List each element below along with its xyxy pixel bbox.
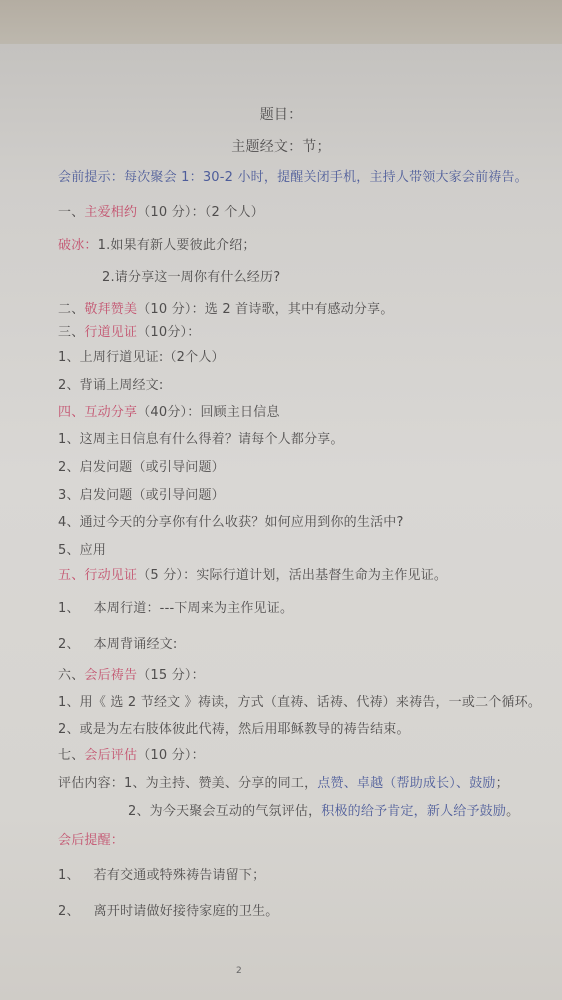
section-name: 互动分享	[84, 405, 137, 420]
section-detail: （15 分）：	[137, 668, 205, 683]
section-detail: （10 分）：选 2 首诗歌，其中有感动分享。	[137, 302, 393, 317]
section-1-heading: 一、主爱相约（10 分）：（2 个人）	[58, 201, 264, 220]
icebreak-item: 2.请分享这一周你有什么经历?	[102, 266, 280, 285]
section-number: 一、	[58, 205, 84, 220]
section-7-heading: 七、会后评估（10 分）：	[58, 744, 205, 763]
list-item: 2、启发问题（或引导问题）	[58, 456, 225, 475]
section-name: 主爱相约	[84, 205, 137, 220]
list-item: 5、应用	[58, 539, 106, 558]
eval-label: 评估内容：	[58, 776, 124, 791]
item-text: 本周背诵经文:	[94, 637, 178, 652]
icebreak-line: 破冰：1.如果有新人要彼此介绍；	[58, 234, 256, 253]
list-item: 1、上周行道见证:（2个人）	[58, 346, 225, 365]
item-text: 本周行道：---下周来为主作见证。	[94, 601, 293, 616]
eval-highlight: 积极的给予肯定，新人给予鼓励	[321, 804, 506, 819]
section-number: 二、	[58, 302, 84, 317]
section-name: 行动见证	[84, 568, 137, 583]
list-item: 4、通过今天的分享你有什么收获？如何应用到你的生活中?	[58, 511, 404, 530]
item-number: 1、	[58, 601, 80, 616]
list-item: 2、背诵上周经文:	[58, 374, 163, 393]
list-item: 1、本周行道：---下周来为主作见证。	[58, 597, 293, 616]
document-title: 题目：	[0, 104, 562, 124]
list-item: 1、用《 选 2 节经文 》祷读，方式（直祷、话祷、代祷）来祷告，一或二个循环。	[58, 691, 541, 710]
background-surface	[0, 0, 562, 46]
item-number: 2、	[58, 904, 80, 919]
item-text: 若有交通或特殊祷告请留下；	[94, 868, 266, 883]
section-name: 行道见证	[84, 325, 137, 340]
list-item: 2、或是为左右肢体彼此代祷，然后用耶稣教导的祷告结束。	[58, 718, 410, 737]
section-number: 五、	[58, 568, 84, 583]
page-number: 2	[236, 966, 242, 976]
section-detail: （10分）：	[137, 325, 200, 340]
section-6-heading: 六、会后祷告（15 分）：	[58, 664, 205, 683]
eval-punct: ；	[496, 776, 509, 791]
section-detail: （5 分）：实际行道计划，活出基督生命为主作见证。	[137, 568, 447, 583]
icebreak-label: 破冰：	[58, 238, 98, 253]
theme-scripture: 主题经文：节；	[0, 136, 562, 156]
section-detail: （40分）：回顾主日信息	[137, 405, 279, 420]
eval-highlight: 点赞、卓越（帮助成长）、鼓励	[317, 776, 495, 791]
pre-meeting-tip: 会前提示：每次聚会 1：30-2 小时，提醒关闭手机，主持人带领大家会前祷告。	[58, 166, 528, 185]
section-5-heading: 五、行动见证（5 分）：实际行道计划，活出基督生命为主作见证。	[58, 564, 447, 583]
pre-tip-duration: 每次聚会 1：30-2 小时，	[124, 170, 277, 185]
evaluation-line-2: 2、为今天聚会互动的气氛评估，积极的给予肯定，新人给予鼓励。	[128, 800, 519, 819]
list-item: 2、离开时请做好接待家庭的卫生。	[58, 900, 278, 919]
section-number: 三、	[58, 325, 84, 340]
list-item: 2、本周背诵经文:	[58, 633, 177, 652]
pre-tip-phones: 提醒关闭手机，	[277, 170, 369, 185]
section-detail: （10 分）：	[137, 748, 205, 763]
evaluation-line-1: 评估内容：1、为主持、赞美、分享的同工，点赞、卓越（帮助成长）、鼓励；	[58, 772, 509, 791]
section-detail: （10 分）：（2 个人）	[137, 205, 264, 220]
section-3-heading: 三、行道见证（10分）：	[58, 321, 200, 340]
reminders-heading: 会后提醒：	[58, 829, 124, 848]
pre-tip-label: 会前提示：	[58, 170, 124, 185]
section-name: 会后祷告	[84, 668, 137, 683]
eval-text: 1、为主持、赞美、分享的同工，	[124, 776, 317, 791]
eval-text: 2、为今天聚会互动的气氛评估，	[128, 804, 321, 819]
item-number: 2、	[58, 637, 80, 652]
section-name: 敬拜赞美	[84, 302, 137, 317]
section-number: 七、	[58, 748, 84, 763]
section-number: 六、	[58, 668, 84, 683]
section-name: 会后评估	[84, 748, 137, 763]
section-number: 四、	[58, 405, 84, 420]
document-page: 题目： 主题经文：节； 会前提示：每次聚会 1：30-2 小时，提醒关闭手机，主…	[0, 44, 562, 1000]
list-item: 1、若有交通或特殊祷告请留下；	[58, 864, 265, 883]
list-item: 1、这周主日信息有什么得着？请每个人都分享。	[58, 428, 344, 447]
section-4-heading: 四、互动分享（40分）：回顾主日信息	[58, 401, 280, 420]
item-text: 离开时请做好接待家庭的卫生。	[94, 904, 279, 919]
section-2-heading: 二、敬拜赞美（10 分）：选 2 首诗歌，其中有感动分享。	[58, 298, 394, 317]
item-number: 1、	[58, 868, 80, 883]
list-item: 3、启发问题（或引导问题）	[58, 484, 225, 503]
eval-punct: 。	[506, 804, 519, 819]
pre-tip-prayer: 主持人带领大家会前祷告。	[369, 170, 527, 185]
icebreak-item: 1.如果有新人要彼此介绍；	[98, 238, 256, 253]
